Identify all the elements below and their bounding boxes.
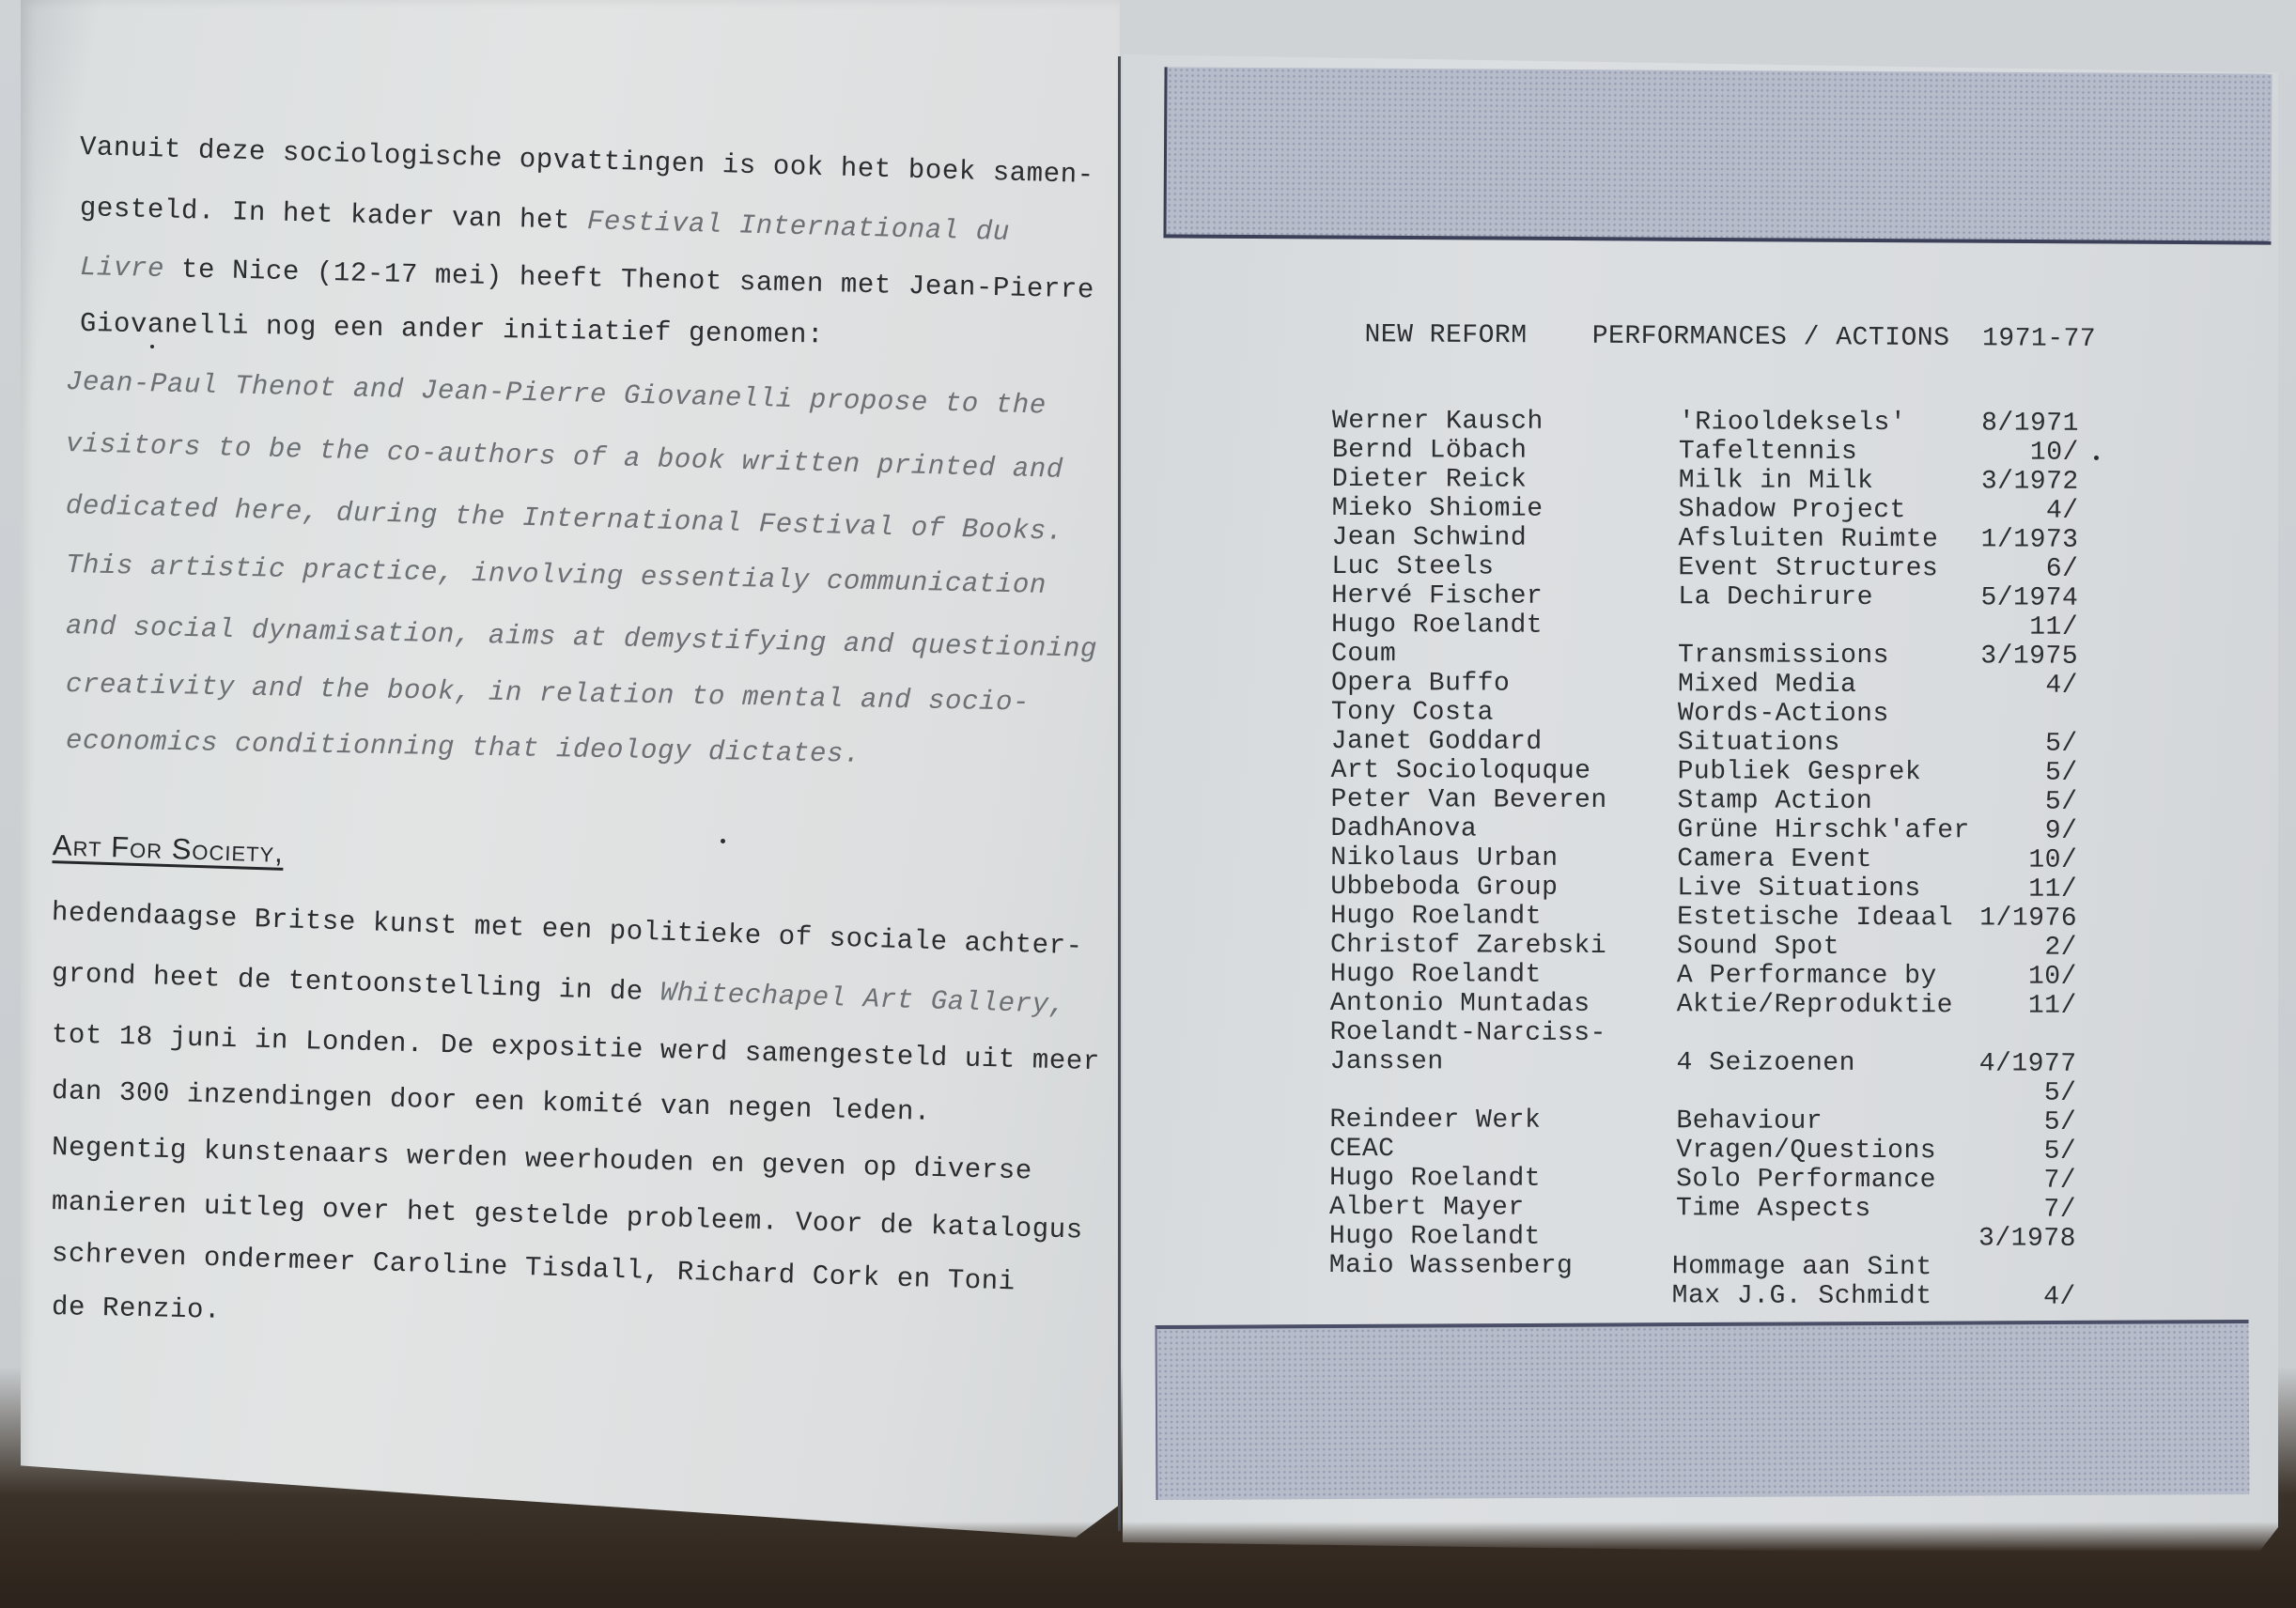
date-cell: 10/ <box>1330 960 2077 992</box>
date-cell: 4/ <box>1332 494 2079 526</box>
date-cell: 11/ <box>1330 873 2077 904</box>
date-cell: 7/ <box>1329 1193 2076 1225</box>
table-row: Janet GoddardSituations5/ <box>1331 727 2177 759</box>
work-cell: Words-Actions <box>1678 699 1889 729</box>
table-row: DadhAnovaGrüne Hirschk'afer9/ <box>1330 814 2176 846</box>
text-line: de Renzio. <box>52 1291 222 1326</box>
table-row: Hugo RoelandtSolo Performance7/ <box>1329 1164 2175 1196</box>
date-cell: 4/1977 <box>1330 1047 2077 1079</box>
date-cell: 5/ <box>1331 727 2078 759</box>
table-row: Mieko ShiomieShadow Project4/ <box>1332 494 2178 526</box>
table-row: 5/ <box>1329 1076 2175 1108</box>
table-row: Roelandt-Narciss- <box>1330 1018 2176 1050</box>
table-row: Tony CostaWords-Actions <box>1331 698 2177 730</box>
date-cell: 1/1976 <box>1330 902 2077 934</box>
table-row: Hervé FischerLa Dechirure5/1974 <box>1331 581 2177 613</box>
date-cell: 1/1973 <box>1331 523 2078 555</box>
table-row: Opera BuffoMixed Media4/ <box>1331 669 2177 701</box>
date-cell: 4/ <box>1331 669 2078 701</box>
date-cell: 10/ <box>1332 436 2079 468</box>
artist-cell: Maio Wassenberg <box>1329 1251 1574 1281</box>
date-cell: 5/1974 <box>1331 581 2078 613</box>
date-cell: 9/ <box>1330 814 2077 846</box>
table-row: Max J.G. Schmidt4/ <box>1329 1280 2175 1312</box>
table-row: Hugo RoelandtEstetische Ideaal1/1976 <box>1330 902 2176 934</box>
table-row: Reindeer WerkBehaviour5/ <box>1329 1105 2175 1137</box>
table-row: Luc SteelsEvent Structures6/ <box>1331 552 2177 584</box>
table-row: Werner Kausch'Riooldeksels'8/1971 <box>1332 407 2178 439</box>
table-row: Antonio MuntadasAktie/Reproduktie11/ <box>1330 989 2176 1021</box>
halftone-panel-top <box>1163 67 2272 244</box>
date-cell: 8/1971 <box>1332 407 2079 439</box>
table-row: Christof ZarebskiSound Spot2/ <box>1330 931 2176 963</box>
date-cell: 5/ <box>1329 1076 2076 1108</box>
table-title: PERFORMANCES / ACTIONS <box>1592 322 1950 353</box>
italic-title: Livre <box>80 252 165 285</box>
date-cell: 10/ <box>1330 843 2077 875</box>
date-cell: 11/ <box>1331 611 2078 642</box>
table-row: Peter Van BeverenStamp Action5/ <box>1330 785 2176 817</box>
ink-speck <box>150 345 154 348</box>
table-row: Dieter ReickMilk in Milk3/1972 <box>1332 465 2178 497</box>
date-cell: 11/ <box>1330 989 2077 1021</box>
date-cell: 2/ <box>1330 931 2077 963</box>
table-years: 1971-77 <box>1982 324 2096 354</box>
artist-cell: Tony Costa <box>1331 698 1494 728</box>
book-spine <box>1118 56 1121 1531</box>
halftone-panel-bottom <box>1156 1320 2250 1500</box>
date-cell: 6/ <box>1331 552 2078 584</box>
table-surface-shadow <box>0 1522 2296 1608</box>
ink-speck <box>2094 456 2099 460</box>
table-row: Nikolaus UrbanCamera Event10/ <box>1330 843 2176 875</box>
table-row: CoumTransmissions3/1975 <box>1331 640 2177 672</box>
date-cell: 5/ <box>1330 785 2077 817</box>
date-cell: 4/ <box>1329 1280 2076 1312</box>
date-cell: 5/ <box>1331 756 2078 788</box>
section-heading: Art For Society, <box>52 828 284 870</box>
table-row: Jean SchwindAfsluiten Ruimte1/1973 <box>1331 523 2177 555</box>
date-cell: 3/1975 <box>1331 640 2078 672</box>
table-row: Ubbeboda GroupLive Situations11/ <box>1330 873 2176 904</box>
table-row: Albert MayerTime Aspects7/ <box>1329 1193 2175 1225</box>
table-row: Maio WassenbergHommage aan Sint <box>1329 1251 2175 1283</box>
ink-speck <box>721 839 725 843</box>
artist-cell: Roelandt-Narciss- <box>1330 1018 1606 1048</box>
table-row: Art SocioloququePubliek Gesprek5/ <box>1331 756 2177 788</box>
date-cell: 7/ <box>1329 1164 2076 1196</box>
date-cell: 3/1972 <box>1332 465 2079 497</box>
table-row: CEACVragen/Questions5/ <box>1329 1135 2175 1167</box>
work-cell: Hommage aan Sint <box>1672 1252 1932 1282</box>
table-row: Hugo Roelandt3/1978 <box>1329 1222 2175 1254</box>
table-row: Hugo Roelandt11/ <box>1331 611 2177 642</box>
table-row: Bernd LöbachTafeltennis10/ <box>1332 436 2178 468</box>
date-cell: 5/ <box>1329 1105 2076 1137</box>
table-header: NEW REFORM PERFORMANCES / ACTIONS 1971-7… <box>1332 291 2097 354</box>
date-cell: 3/1978 <box>1329 1222 2076 1254</box>
table-row: Janssen4 Seizoenen4/1977 <box>1330 1047 2176 1079</box>
table-row: Hugo RoelandtA Performance by10/ <box>1330 960 2176 992</box>
date-cell: 5/ <box>1329 1135 2076 1167</box>
publisher-name: NEW REFORM <box>1364 320 1527 350</box>
